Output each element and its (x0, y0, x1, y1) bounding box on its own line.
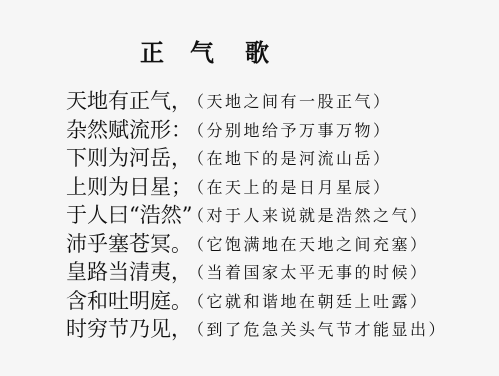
poem-line: 于人曰“浩然” （对于人来说就是浩然之气） (66, 202, 486, 231)
translation-text: （分别地给予万事万物） (188, 119, 392, 143)
original-text: 下则为河岳， (66, 145, 192, 171)
poem-line: 含和吐明庭。 （它就和谐地在朝廷上吐露） (66, 288, 486, 317)
poem-line: 杂然赋流形： （分别地给予万事万物） (66, 117, 486, 146)
poem-line: 时穷节乃见， （到了危急关头气节才能显出） (66, 316, 486, 345)
title-char: 正 (140, 38, 164, 68)
poem-line: 皇路当清夷， （当着国家太平无事的时候） (66, 259, 486, 288)
translation-text: （在天上的是日月星辰） (188, 176, 392, 200)
translation-text: （对于人来说就是浩然之气） (188, 204, 429, 228)
original-text: 沛乎塞苍冥。 (66, 231, 192, 257)
poem-line: 上则为日星； （在天上的是日月星辰） (66, 174, 486, 203)
translation-text: （当着国家太平无事的时候） (188, 261, 429, 285)
translation-text: （它饱满地在天地之间充塞） (188, 233, 429, 257)
original-text: 时穷节乃见， (66, 316, 192, 342)
title-char: 歌 (245, 38, 269, 68)
poem-line: 天地有正气， （天地之间有一股正气） (66, 88, 486, 117)
original-text: 上则为日星； (66, 174, 192, 200)
translation-text: （到了危急关头气节才能显出） (188, 318, 447, 342)
original-text: 含和吐明庭。 (66, 288, 192, 314)
translation-text: （它就和谐地在朝廷上吐露） (188, 290, 429, 314)
poem-lines: 天地有正气， （天地之间有一股正气） 杂然赋流形： （分别地给予万事万物） 下则… (66, 88, 486, 345)
poem-line: 沛乎塞苍冥。 （它饱满地在天地之间充塞） (66, 231, 486, 260)
translation-text: （在地下的是河流山岳） (188, 147, 392, 171)
original-text: 天地有正气， (66, 88, 192, 114)
original-text: 皇路当清夷， (66, 259, 192, 285)
original-text: 于人曰“浩然” (66, 202, 192, 228)
original-text: 杂然赋流形： (66, 117, 192, 143)
title-char: 气 (190, 38, 214, 68)
poem-line: 下则为河岳， （在地下的是河流山岳） (66, 145, 486, 174)
poem-title: 正 气 歌 (0, 38, 499, 68)
translation-text: （天地之间有一股正气） (188, 90, 392, 114)
